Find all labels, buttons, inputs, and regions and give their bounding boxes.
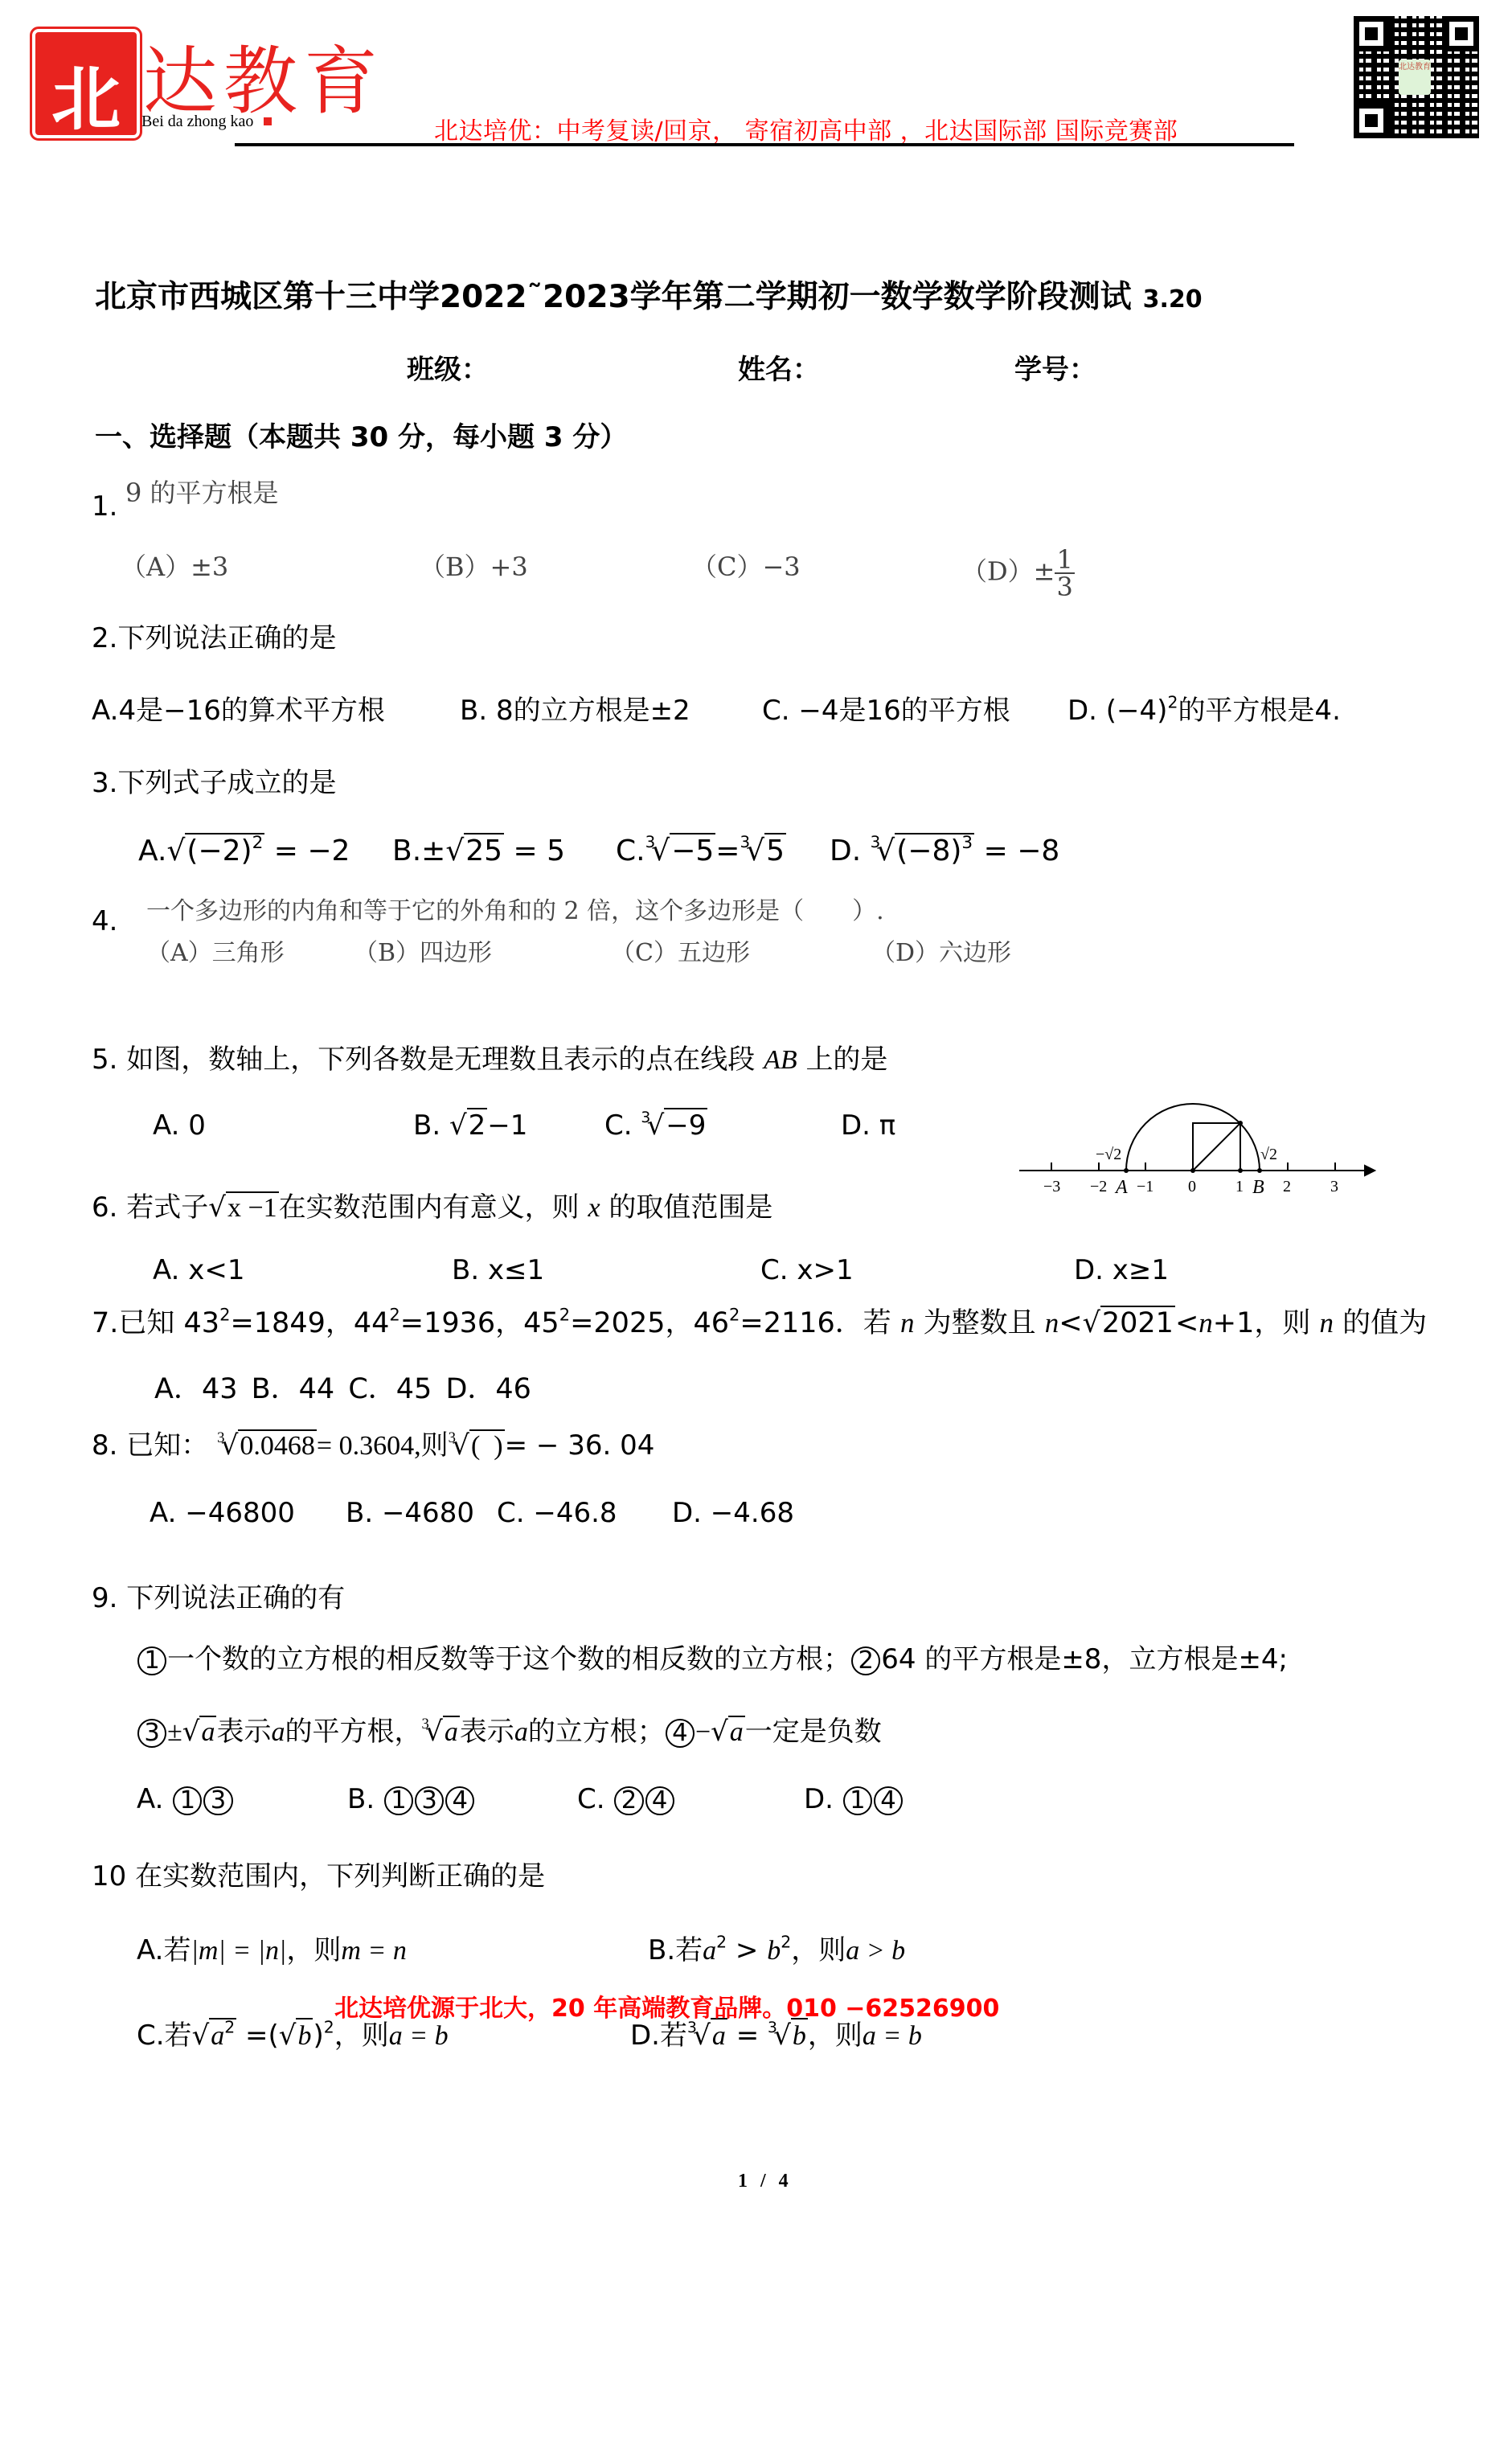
radicand: (−2) (186, 834, 252, 867)
q5-option-c-label: C. (604, 1109, 633, 1142)
exam-date: 3.20 (1143, 285, 1203, 314)
q10-option-b-then: ，则 (791, 1934, 846, 1966)
var-a: a (271, 1717, 285, 1747)
q7-var: n (1320, 1307, 1334, 1339)
q6-option-b: B. x≤1 (452, 1254, 544, 1286)
q7-option-c: C．45 (348, 1373, 432, 1405)
q9-number: 9. (92, 1582, 117, 1614)
q7-stem-pre: 已知 43 (118, 1307, 219, 1339)
q9-statement-1-2: 1一个数的立方根的相反数等于这个数的相反数的立方根；264 的平方根是±8，立方… (137, 1637, 1288, 1676)
sqrt-icon: √a (711, 1716, 745, 1748)
radicand: 25 (464, 833, 504, 867)
root-index: 3 (645, 833, 656, 851)
q9-stem-text: 下列说法正确的有 (126, 1582, 345, 1614)
circled-number: 4 (445, 1786, 474, 1815)
exponent: 2 (219, 1305, 230, 1324)
q7-option-d: D．46 (445, 1373, 531, 1405)
exam-title: 北京市西城区第十三中学2022˜2023学年第二学期初一数学数学阶段测试3.20 (95, 272, 1203, 317)
tick-label: 2 (1283, 1178, 1291, 1195)
sqrt2-label: √2 (1260, 1146, 1277, 1163)
number-line-figure: −3 −2 −1 0 1 2 3 A B −√2 √2 (1011, 1095, 1389, 1199)
q1-option-d-label: （D）± (961, 556, 1055, 587)
cube-root-icon: 3√0.0468 (217, 1429, 317, 1462)
circled-number: 3 (137, 1719, 166, 1748)
q8-option-c: C. −46.8 (497, 1497, 617, 1529)
sqrt-icon: √x −1 (208, 1191, 278, 1224)
root-index: 3 (641, 1109, 650, 1126)
circled-number: 3 (203, 1786, 232, 1815)
sqrt-icon: √(−2)2 (166, 834, 264, 867)
q2-option-c: C. −4是16的平方根 (762, 688, 1010, 728)
q5-segment-var: AB (764, 1045, 797, 1075)
q9-statement-3-part: 的平方根， (285, 1716, 421, 1748)
q9-statement-3-part: 的立方根； (528, 1716, 665, 1748)
q9-statement-1: 一个数的立方根的相反数等于这个数的相反数的立方根； (167, 1643, 850, 1675)
q8-stem-pre: 已知： (126, 1429, 208, 1462)
class-field-label: 班级： (407, 347, 489, 387)
q10-option-b-conclusion: a > b (846, 1936, 905, 1966)
q10-option-c-then: ，则 (334, 2019, 389, 2052)
page-number: 1 / 4 (738, 2171, 789, 2192)
q8-stem: 8. 已知： 3√0.0468= 0.3604,则3√( )= − 36. 04 (92, 1423, 654, 1462)
exponent: 2 (389, 1305, 400, 1324)
point-b-label: B (1252, 1177, 1264, 1198)
q1-option-d: （D）±13 (961, 547, 1075, 600)
radicand: 0.0468 (238, 1429, 317, 1461)
q6-var: x (588, 1193, 600, 1223)
exponent: 2 (252, 833, 264, 853)
radicand: −5 (670, 833, 715, 867)
q8-number: 8. (92, 1429, 117, 1462)
q9-option-b-label: B. (347, 1783, 375, 1815)
circled-number: 1 (173, 1786, 202, 1815)
q7-options: A．43 B．44 C．45 D．46 (154, 1367, 531, 1407)
var-a: a (445, 1717, 458, 1747)
q7-part: < (1175, 1307, 1199, 1339)
q8-stem-mid: = 0.3604,则 (317, 1431, 449, 1461)
exponent: 2 (559, 1305, 570, 1324)
q3-stem: 3.下列式子成立的是 (92, 761, 336, 800)
var-b: b (767, 1936, 781, 1966)
qr-finder-icon (1444, 16, 1479, 51)
q3-option-d-result: = −8 (984, 834, 1060, 867)
tick-label: 3 (1330, 1178, 1338, 1195)
tick-label: −1 (1137, 1178, 1153, 1195)
header-slogan: 北达培优：中考复读/回京， 寄宿初高中部 ，北达国际部 国际竞赛部 (434, 111, 1178, 146)
q9-statement-2: 64 的平方根是±8，立方根是±4; (881, 1643, 1288, 1675)
circled-number: 4 (645, 1786, 674, 1815)
q9-option-d: D. 14 (804, 1783, 904, 1815)
radicand: 2021 (1100, 1306, 1175, 1339)
section-heading: 一、选择题（本题共 30 分，每小题 3 分） (95, 415, 627, 454)
var-b: b (297, 2021, 311, 2051)
sqrt-icon: √a (182, 1716, 217, 1748)
circled-number: 2 (614, 1786, 643, 1815)
fraction-denominator: 3 (1055, 574, 1074, 600)
q5-stem-pre: 如图，数轴上，下列各数是无理数且表示的点在线段 (126, 1044, 755, 1076)
q8-option-d: D. −4.68 (672, 1497, 794, 1529)
q10-option-a-conclusion: m = n (341, 1936, 407, 1966)
q2-stem-text: 下列说法正确的是 (117, 622, 336, 654)
q3-option-c-label: C. (616, 834, 645, 867)
q7-part: 为整数且 (924, 1307, 1036, 1339)
q10-option-d-label: D.若 (630, 2019, 687, 2052)
q9-stem: 9. 下列说法正确的有 (92, 1576, 345, 1615)
cube-root-icon: 3√5 (740, 834, 786, 867)
q4-option-b: （B）四边形 (354, 933, 492, 968)
student-id-field-label: 学号： (1014, 347, 1096, 387)
q3-option-a-label: A. (138, 834, 166, 867)
q3-option-b-result: = 5 (514, 834, 566, 867)
q1-option-a: （A）±3 (121, 547, 228, 584)
var-a: a (712, 2021, 726, 2051)
q5-option-a: A. 0 (153, 1109, 206, 1142)
q9-statement-3-part: 表示 (216, 1716, 271, 1748)
sqrt-icon: √b (279, 2019, 313, 2052)
q7-part: =2025，46 (570, 1307, 729, 1339)
diagonal (1193, 1123, 1240, 1171)
q9-option-b: B. 134 (347, 1783, 475, 1815)
tick-label: 1 (1235, 1178, 1244, 1195)
q6-stem-pre: 若式子 (126, 1191, 208, 1224)
q10-option-c-conclusion: a = b (389, 2021, 449, 2051)
q5-option-b-label: B. (413, 1109, 440, 1142)
radicand: 2 (467, 1108, 488, 1142)
exponent: 3 (961, 833, 973, 853)
sqrt-icon: √2021 (1083, 1307, 1175, 1339)
q3-option-b: B.±√25 = 5 (392, 834, 565, 867)
cube-root-icon: 3√(−8)3 (871, 834, 975, 867)
q9-option-d-label: D. (804, 1783, 834, 1815)
q9-option-c-label: C. (577, 1783, 605, 1815)
circled-number: 3 (415, 1786, 444, 1815)
q7-part: +1，则 (1213, 1307, 1311, 1339)
logo-subtitle: Bei da zhong kao (141, 113, 253, 131)
var-a: a (703, 1936, 716, 1966)
radicand: −9 (664, 1108, 707, 1142)
q6-option-a: A. x<1 (153, 1254, 245, 1286)
exponent: 2 (729, 1305, 740, 1324)
circled-number: 1 (137, 1646, 166, 1675)
root-index: 3 (449, 1429, 456, 1446)
cube-root-icon: 3√−5 (645, 834, 716, 867)
q9-option-a: A. 13 (137, 1783, 234, 1815)
q4-option-a: （A）三角形 (146, 933, 285, 968)
exponent: 2 (781, 1933, 791, 1952)
circled-number: 2 (851, 1646, 880, 1675)
q1-number: 1. (92, 490, 117, 523)
q7-part: =1849，44 (230, 1307, 389, 1339)
exam-title-text: 北京市西城区第十三中学2022˜2023学年第二学期初一数学数学阶段测试 (95, 279, 1132, 315)
tick-label: −3 (1043, 1178, 1060, 1195)
q6-option-c: C. x>1 (760, 1254, 854, 1286)
q8-option-a: A. −46800 (150, 1497, 295, 1529)
q10-stem: 10 在实数范围内，下列判断正确的是 (92, 1854, 545, 1893)
cube-root-icon: 3√( ) (449, 1429, 505, 1462)
q8-option-b: B. −4680 (346, 1497, 474, 1529)
cube-root-icon: 3√b (768, 2019, 808, 2052)
q5-option-c: C. 3√−9 (604, 1109, 707, 1142)
cube-root-icon: 3√−9 (641, 1109, 707, 1142)
q2-option-d-tail: 的平方根是4. (1178, 695, 1340, 727)
q9-statement-3-4: 3±√a表示a的平方根，3√a表示a的立方根；4−√a一定是负数 (137, 1709, 882, 1749)
q10-stem-text: 在实数范围内，下列判断正确的是 (135, 1860, 545, 1892)
q2-option-b: B. 8的立方根是±2 (460, 688, 690, 728)
root-index: 3 (871, 833, 881, 851)
root-index: 3 (217, 1429, 224, 1446)
q9-option-a-label: A. (137, 1783, 163, 1815)
q5-number: 5. (92, 1044, 117, 1076)
q7-var: n (1045, 1307, 1059, 1339)
q3-option-a: A.√(−2)2 = −2 (138, 834, 350, 867)
fraction-numerator: 1 (1055, 547, 1074, 574)
q10-option-a-label: A.若 (137, 1934, 191, 1966)
q10-option-d-then: ，则 (808, 2019, 863, 2052)
q10-option-a-condition: |m| = |n| (191, 1936, 286, 1966)
q2-stem: 2.下列说法正确的是 (92, 616, 336, 655)
q6-number: 6. (92, 1191, 117, 1224)
exponent: 2 (324, 2018, 334, 2037)
exponent: 2 (716, 1933, 727, 1952)
q4-option-c: （C）五边形 (611, 933, 750, 968)
q7-part: =1936，45 (400, 1307, 559, 1339)
tick-label: −2 (1090, 1178, 1107, 1195)
var-a: a (201, 1717, 215, 1747)
q5-stem-post: 上的是 (805, 1044, 887, 1076)
promo-watermark: 北达培优源于北大，20 年高端教育品牌。010 −62526900 (334, 1988, 999, 2024)
q4-option-d: （D）六边形 (871, 933, 1011, 968)
q7-number: 7. (92, 1307, 118, 1339)
q10-number: 10 (92, 1860, 126, 1892)
var-a: a (211, 2021, 224, 2051)
var-b: b (793, 2021, 806, 2051)
q7-option-b: B．44 (252, 1373, 335, 1405)
circled-number: 4 (666, 1719, 695, 1748)
logo-badge: 北 (35, 32, 137, 135)
q7-part: 的值为 (1342, 1307, 1427, 1339)
blank-parentheses: ( ) (469, 1429, 505, 1461)
neg-sqrt2-label: −√2 (1096, 1146, 1121, 1163)
q10-option-a-then: ，则 (286, 1934, 341, 1966)
radicand: x −1 (226, 1191, 279, 1223)
header-divider (235, 143, 1294, 146)
q3-option-d-label: D. (830, 834, 861, 867)
q2-option-d-base: D. (−4) (1067, 695, 1167, 727)
q5-stem: 5. 如图，数轴上，下列各数是无理数且表示的点在线段 AB 上的是 (92, 1037, 887, 1076)
q7-option-a: A．43 (154, 1373, 237, 1405)
q5-option-b-tail: −1 (487, 1109, 527, 1142)
circled-number: 1 (843, 1786, 872, 1815)
q10-option-b: B.若a2 > b2，则a > b (648, 1928, 905, 1967)
fraction-one-third: 13 (1055, 547, 1074, 600)
q1-option-b: （B）+3 (420, 547, 528, 584)
q3-option-d: D. 3√(−8)3 = −8 (830, 834, 1059, 867)
q5-option-d: D. π (841, 1109, 895, 1142)
q6-stem-mid: 在实数范围内有意义，则 (279, 1191, 580, 1224)
q10-option-c-label: C.若 (137, 2019, 192, 2052)
q4-stem: 一个多边形的内角和等于它的外角和的 2 倍，这个多边形是（ ）. (146, 891, 884, 926)
q10-option-d-conclusion: a = b (863, 2021, 922, 2051)
q6-option-d: D. x≥1 (1074, 1254, 1169, 1286)
name-field-label: 姓名： (738, 347, 820, 387)
q1-option-c: （C）−3 (691, 547, 801, 584)
q4-number: 4. (92, 905, 117, 937)
q2-option-d-exp: 2 (1167, 693, 1178, 712)
var-a: a (514, 1717, 528, 1747)
qr-finder-icon (1354, 16, 1389, 51)
circled-number: 1 (384, 1786, 413, 1815)
plus-minus: ± (167, 1717, 182, 1747)
tick-label: 0 (1188, 1178, 1196, 1195)
minus: − (695, 1717, 711, 1747)
q9-statement-3-part: 表示 (460, 1716, 514, 1748)
logo-char: 北 (39, 43, 133, 143)
logo-square-icon (264, 117, 272, 125)
q7-part: =2116．若 (740, 1307, 891, 1339)
q9-option-c: C. 24 (577, 1783, 675, 1815)
qr-finder-icon (1354, 103, 1389, 138)
q7-stem: 7.已知 432=1849，442=1936，452=2025，462=2116… (92, 1301, 1427, 1341)
q5-option-b: B. √2−1 (413, 1109, 527, 1142)
circled-number: 4 (874, 1786, 903, 1815)
q2-number: 2. (92, 622, 117, 654)
point-a-label: A (1114, 1177, 1128, 1198)
var-a: a (730, 1717, 744, 1747)
qr-center-logo: 北达教育 (1399, 59, 1431, 95)
qr-code-icon: 北达教育 (1354, 16, 1479, 138)
q8-stem-post: = − 36. 04 (505, 1429, 655, 1462)
q10-option-a: A.若|m| = |n|，则m = n (137, 1928, 407, 1967)
q3-option-c: C.3√−5=3√5 (616, 834, 786, 867)
equals: = (715, 834, 740, 867)
q1-stem: 9 的平方根是 (125, 473, 279, 510)
q9-statement-4: 一定是负数 (745, 1716, 882, 1748)
radicand: (−8) (896, 834, 961, 867)
cube-root-icon: 3√a (421, 1716, 459, 1748)
sqrt-icon: √a2 (192, 2019, 237, 2052)
arrow-icon (1365, 1166, 1375, 1175)
q6-stem: 6. 若式子√x −1在实数范围内有意义，则 x 的取值范围是 (92, 1185, 772, 1224)
q7-var: n (900, 1307, 915, 1339)
q2-option-a: A.4是−16的算术平方根 (92, 688, 385, 728)
sqrt-icon: √25 (445, 834, 504, 867)
root-index: 3 (740, 833, 750, 851)
sqrt-icon: √2 (449, 1109, 487, 1142)
q3-number: 3. (92, 767, 117, 799)
radicand: 5 (764, 833, 786, 867)
q3-stem-text: 下列式子成立的是 (117, 767, 336, 799)
q6-stem-post: 的取值范围是 (608, 1191, 772, 1224)
q3-option-b-label: B.± (392, 834, 445, 867)
q2-option-d: D. (−4)2的平方根是4. (1067, 688, 1341, 728)
q7-var: n (1199, 1307, 1213, 1339)
q3-option-a-result: = −2 (274, 834, 350, 867)
q10-option-b-label: B.若 (648, 1934, 703, 1966)
q7-part: < (1059, 1307, 1082, 1339)
cube-root-icon: 3√a (687, 2019, 727, 2052)
